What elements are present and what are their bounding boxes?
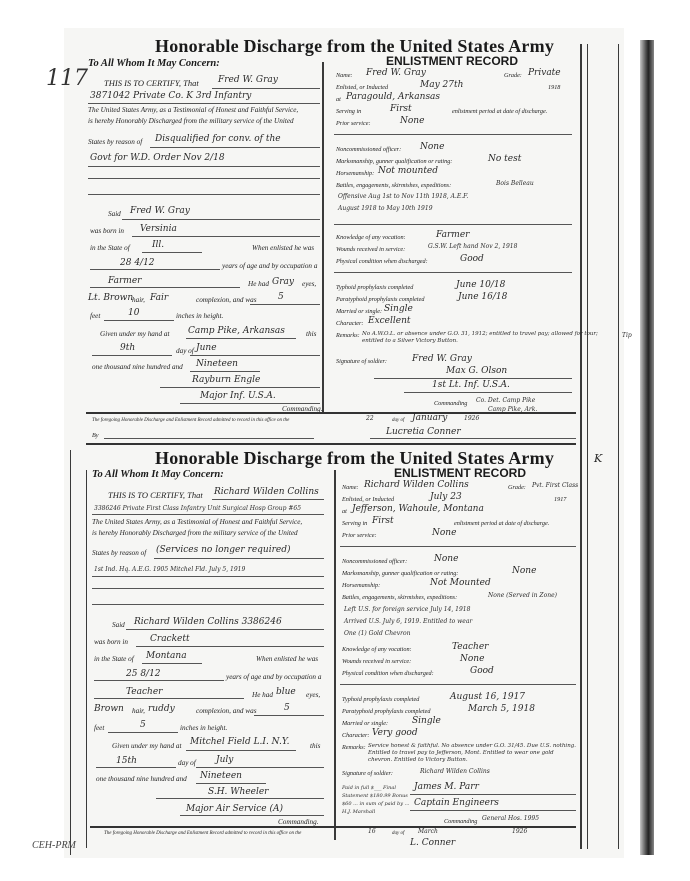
battles: None (Served in Zone)	[488, 592, 557, 599]
nco-label: Noncommissioned officer:	[336, 146, 401, 153]
discharge-month: July	[216, 755, 233, 765]
enlisted-age-label: When enlisted he was	[256, 655, 318, 663]
enlisted-label: Enlisted, or Inducted	[342, 496, 394, 503]
this-label: this	[310, 742, 320, 750]
remarks: Service honest & faithful. No absence un…	[368, 743, 578, 764]
born-label: was born in	[94, 638, 128, 646]
salutation: To All Whom It May Concern:	[92, 469, 224, 480]
inches-label: inches in height.	[180, 724, 227, 732]
recorded-day: 16	[368, 828, 376, 835]
character-label: Character:	[342, 732, 370, 739]
enlistment-name: Fred W. Gray	[366, 68, 426, 78]
eyes-suffix: eyes,	[302, 280, 316, 288]
recorded-month: January	[412, 413, 447, 423]
frame-line	[587, 44, 588, 849]
complexion: ruddy	[148, 704, 175, 714]
complexion: Fair	[150, 293, 168, 303]
commander-signature: Rayburn Engle	[192, 375, 260, 385]
discharge-reason: (Services no longer required)	[156, 545, 291, 555]
commander-signature: S.H. Wheeler	[208, 787, 268, 797]
soldier-signature: Fred W. Gray	[412, 354, 472, 364]
hair-label: hair,	[132, 707, 145, 715]
recorded-day-label: day of	[392, 418, 404, 423]
battles-label: Battles, engagements, skirmishes, expedi…	[336, 182, 451, 189]
wounds-label: Wounds received in service:	[336, 246, 405, 253]
commander-title: Major Inf. U.S.A.	[200, 391, 276, 401]
born-label: was born in	[90, 227, 124, 235]
side-mark: K	[594, 452, 602, 465]
complexion-label: complexion, and was	[196, 707, 257, 715]
typhoid-date: August 16, 1917	[450, 692, 525, 702]
prior-label: Prior service:	[342, 532, 377, 539]
enlisted-date: July 23	[430, 492, 462, 502]
serving-suffix: enlistment period at date of discharge.	[452, 108, 547, 115]
reason-label: States by reason of	[88, 138, 142, 146]
side-stub-text: Tip	[622, 332, 632, 339]
marksmanship: None	[512, 566, 536, 576]
said-name: Fred W. Gray	[130, 206, 190, 216]
testimonial-text: The United States Army, as a Testimonial…	[88, 106, 298, 114]
serial-line: 3386246 Private First Class Infantry Uni…	[94, 505, 301, 512]
horsemanship: Not mounted	[378, 166, 438, 176]
physical-condition: Good	[470, 666, 494, 676]
height-inches: 10	[128, 308, 139, 318]
discharge-year: Nineteen	[200, 771, 242, 781]
commanding-unit: General Hos. 1995	[482, 815, 539, 822]
nco: None	[434, 554, 458, 564]
serving-period: First	[372, 516, 394, 526]
discharge-reason: 1st Ind. Hq. A.E.G. 1905 Mitchel Fld. Ju…	[94, 566, 245, 573]
pay-note: Paid in full $___ Final Statement $180.9…	[342, 784, 412, 816]
age: 25 8/12	[126, 669, 161, 679]
grade-label: Grade:	[508, 484, 526, 491]
enlisted-year: 1917	[554, 496, 566, 503]
vocation-label: Knowledge of any vocation:	[336, 234, 406, 241]
character: Very good	[372, 728, 418, 738]
salutation: To All Whom It May Concern:	[88, 58, 220, 69]
marksmanship-label: Marksmanship, gunner qualification or ra…	[342, 570, 458, 577]
serving-label: Serving in	[336, 108, 361, 115]
wounds: None	[460, 654, 484, 664]
hair-color: Brown	[94, 704, 124, 714]
serving-label: Serving in	[342, 520, 367, 527]
state-label: in the State of	[94, 655, 134, 663]
officer-title: Captain Engineers	[414, 798, 499, 808]
remarks: No A.W.O.L. or absence under G.O. 31, 19…	[362, 331, 607, 345]
officer-signature: Max G. Olson	[446, 366, 507, 376]
battles-label: Battles, engagements, skirmishes, expedi…	[342, 594, 457, 601]
typhoid-label: Typhoid prophylaxis completed	[342, 696, 419, 703]
discharge-month: June	[196, 343, 217, 353]
paratyphoid-label: Paratyphoid prophylaxis completed	[336, 296, 424, 303]
eyes-label: He had	[248, 280, 269, 288]
column-divider	[334, 470, 336, 840]
marital-status: Single	[412, 716, 441, 726]
nco: None	[420, 142, 444, 152]
testimonial-text: is hereby Honorably Discharged from the …	[88, 117, 294, 125]
soldier-signature-label: Signature of soldier:	[342, 770, 393, 777]
certify-prefix: THIS IS TO CERTIFY, That	[104, 78, 199, 88]
recorded-day: 22	[366, 415, 374, 422]
discharge-place: Camp Pike, Arkansas	[188, 326, 285, 336]
serving-suffix: enlistment period at date of discharge.	[454, 520, 549, 527]
enlisted-place: Jefferson, Wahoule, Montana	[352, 504, 484, 514]
enlisted-age-label: When enlisted he was	[252, 244, 314, 252]
prior-service: None	[400, 116, 424, 126]
battles: August 1918 to May 10th 1919	[338, 205, 433, 212]
physical-label: Physical condition when discharged:	[336, 258, 428, 265]
vocation: Farmer	[436, 230, 469, 240]
soldier-name: Richard Wilden Collins	[214, 487, 319, 497]
battles: Offensive Aug 1st to Nov 11th 1918, A.E.…	[338, 193, 468, 200]
recorded-month: March	[418, 828, 438, 835]
day-label: day of	[176, 347, 194, 355]
grade-label: Grade:	[504, 72, 522, 79]
recorded-day-label: day of	[392, 831, 404, 836]
feet-label: feet	[94, 724, 104, 732]
feet-label: feet	[90, 312, 100, 320]
height-feet: 5	[284, 703, 290, 713]
day-label: day of	[178, 759, 196, 767]
occupation: Teacher	[126, 687, 162, 697]
typhoid-date: June 10/18	[456, 280, 505, 290]
inches-label: inches in height.	[176, 312, 223, 320]
frame-line	[86, 470, 87, 848]
occupation-label: years of age and by occupation a	[226, 673, 321, 681]
grade: Private	[528, 68, 561, 78]
discharge-year: Nineteen	[196, 359, 238, 369]
discharge-reason: Govt for W.D. Order Nov 2/18	[90, 153, 225, 163]
eyes-suffix: eyes,	[306, 691, 320, 699]
discharge-reason: Disqualified for conv. of the	[155, 134, 281, 144]
recorded-year: 1926	[464, 415, 479, 422]
paratyphoid-label: Paratyphoid prophylaxis completed	[342, 708, 430, 715]
marksmanship-label: Marksmanship, gunner qualification or ra…	[336, 158, 452, 165]
vocation: Teacher	[452, 642, 488, 652]
battles: Arrived U.S. July 6, 1919. Entitled to w…	[344, 618, 472, 625]
enlisted-year: 1918	[548, 84, 560, 91]
soldier-signature: Richard Wilden Collins	[420, 768, 490, 775]
discharge-day: 9th	[120, 343, 135, 353]
year-label: one thousand nine hundred and	[96, 775, 187, 783]
eye-color: Gray	[272, 277, 294, 287]
hair-label: hair,	[132, 296, 145, 304]
birthplace: Crackett	[150, 634, 190, 644]
commanding-unit: Co. Det. Camp Pike	[476, 397, 535, 404]
married-label: Married or single:	[336, 308, 382, 315]
testimonial-text: The United States Army, as a Testimonial…	[92, 518, 302, 526]
recorder-signature: Lucretia Conner	[386, 427, 461, 437]
discharge-place: Mitchel Field L.I. N.Y.	[190, 737, 289, 747]
character: Excellent	[368, 316, 411, 326]
complexion-label: complexion, and was	[196, 296, 257, 304]
margin-note: 117	[46, 66, 88, 91]
paratyphoid-date: June 16/18	[458, 292, 507, 302]
by-label: By	[92, 432, 99, 439]
soldier-signature-label: Signature of soldier:	[336, 358, 387, 365]
said-name: Richard Wilden Collins 3386246	[134, 617, 282, 627]
year-label: one thousand nine hundred and	[92, 363, 183, 371]
nco-label: Noncommissioned officer:	[342, 558, 407, 565]
height-inches: 5	[140, 720, 146, 730]
marksmanship: No test	[488, 154, 521, 164]
enlisted-label: Enlisted, or Inducted	[336, 84, 388, 91]
officer-title: 1st Lt. Inf. U.S.A.	[432, 380, 510, 390]
commanding-label: Commanding	[434, 400, 467, 407]
physical-condition: Good	[460, 254, 484, 264]
remarks-label: Remarks:	[336, 332, 360, 339]
at-label: at	[342, 508, 347, 515]
wounds-label: Wounds received in service:	[342, 658, 411, 665]
birthplace: Versinia	[140, 224, 177, 234]
horsemanship-label: Horsemanship:	[336, 170, 374, 177]
commanding-label: Commanding	[444, 818, 477, 825]
commanding-label: Commanding.	[278, 818, 319, 826]
enlistment-name: Richard Wilden Collins	[364, 480, 469, 490]
remarks-label: Remarks:	[342, 744, 366, 751]
soldier-name: Fred W. Gray	[218, 75, 278, 85]
marital-status: Single	[384, 304, 413, 314]
occupation-label: years of age and by occupation a	[222, 262, 317, 270]
name-label: Name:	[336, 72, 353, 79]
recorder-signature: L. Conner	[410, 838, 455, 848]
said-label: Said	[112, 621, 125, 629]
commander-title: Major Air Service (A)	[186, 804, 283, 814]
battles: Bois Belleau	[496, 180, 534, 187]
birth-state: Ill.	[152, 240, 164, 250]
married-label: Married or single:	[342, 720, 388, 727]
horsemanship-label: Horsemanship:	[342, 582, 380, 589]
prior-service: None	[432, 528, 456, 538]
page-edge-shadow	[640, 40, 654, 855]
typhoid-label: Typhoid prophylaxis completed	[336, 284, 413, 291]
serving-period: First	[390, 104, 412, 114]
paratyphoid-date: March 5, 1918	[468, 704, 535, 714]
this-label: this	[306, 330, 316, 338]
prior-label: Prior service:	[336, 120, 371, 127]
enlisted-place: Paragould, Arkansas	[346, 92, 440, 102]
recorded-year: 1926	[512, 828, 527, 835]
vocation-label: Knowledge of any vocation:	[342, 646, 412, 653]
character-label: Character:	[336, 320, 364, 327]
said-label: Said	[108, 210, 121, 218]
frame-line	[580, 44, 582, 849]
enlistment-heading: ENLISTMENT RECORD	[386, 54, 518, 68]
frame-line	[618, 44, 619, 849]
horsemanship: Not Mounted	[430, 578, 491, 588]
enlistment-heading: ENLISTMENT RECORD	[394, 466, 526, 480]
height-feet: 5	[278, 292, 284, 302]
physical-label: Physical condition when discharged:	[342, 670, 434, 677]
at-label: at	[336, 96, 341, 103]
grade: Pvt. First Class	[532, 482, 578, 489]
eye-color: blue	[276, 687, 296, 697]
testimonial-text: is hereby Honorably Discharged from the …	[92, 529, 298, 537]
battles: One (1) Gold Chevron	[344, 630, 410, 637]
enlisted-date: May 27th	[420, 80, 463, 90]
given-label: Given under my hand at	[100, 330, 169, 338]
name-label: Name:	[342, 484, 359, 491]
hair-color: Lt. Brown	[88, 293, 133, 303]
state-label: in the State of	[90, 244, 130, 252]
discharge-day: 15th	[116, 756, 137, 766]
recorded-statement: The foregoing Honorable Discharge and En…	[104, 831, 301, 836]
reason-label: States by reason of	[92, 549, 146, 557]
birth-state: Montana	[146, 651, 187, 661]
age: 28 4/12	[120, 258, 155, 268]
occupation: Farmer	[108, 276, 141, 286]
officer-signature: James M. Parr	[414, 782, 479, 792]
certify-prefix: THIS IS TO CERTIFY, That	[108, 490, 203, 500]
given-label: Given under my hand at	[112, 742, 181, 750]
battles: Left U.S. for foreign service July 14, 1…	[344, 606, 470, 613]
frame-line	[70, 450, 71, 855]
eyes-label: He had	[252, 691, 273, 699]
serial-line: 3871042 Private Co. K 3rd Infantry	[90, 91, 251, 101]
wounds: G.S.W. Left hand Nov 2, 1918	[428, 243, 517, 250]
column-divider	[322, 62, 324, 412]
recorded-statement: The foregoing Honorable Discharge and En…	[92, 418, 289, 423]
footer-label: CEH-PRM	[32, 840, 76, 851]
